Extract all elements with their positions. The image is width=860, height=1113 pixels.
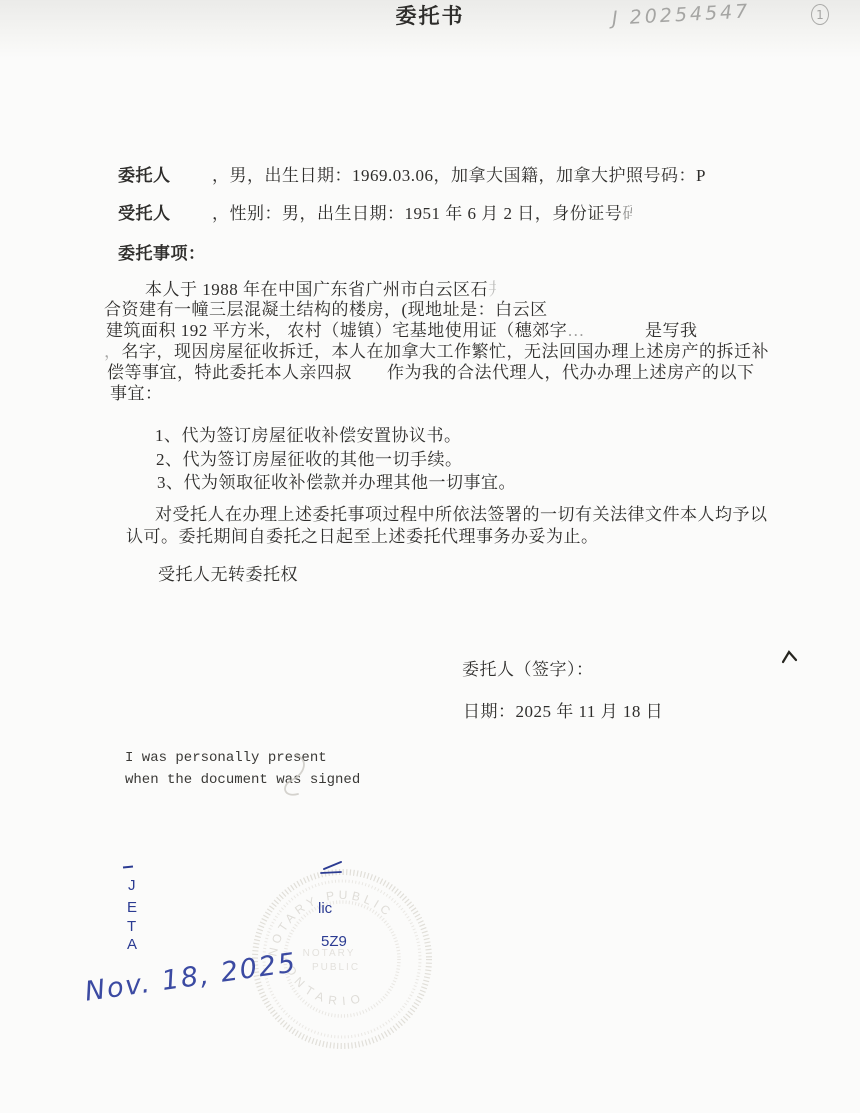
body-line-6: 事宜： [110, 384, 163, 403]
body-line-1-text: 本人于 1988 年在中国广东省广州市白云区石 [145, 280, 488, 299]
ink-fragment-public: lic [318, 900, 332, 917]
ink-fragment-postal: 5Z9 [321, 933, 347, 950]
document-title: 委托书 [0, 0, 860, 30]
principal-info: ，男，出生日期：1969.03.06，加拿大国籍，加拿大护照号码：P [212, 166, 706, 185]
seal-center-text-2: PUBLIC [312, 962, 360, 973]
body-line-5: 偿等事宜，特此委托本人亲四叔作为我的合法代理人，代办办理上述房产的以下 [107, 363, 755, 382]
ink-fragment-line1: J [128, 877, 136, 894]
body-line-3-text: 建筑面积 192 平方米， 农村（墟镇）宅基地使用证（穗郊字 [106, 321, 567, 340]
entrusted-item-3: 3、代为领取征收补偿款并办理其他一切事宜。 [157, 473, 516, 492]
body-line-4-leading-mark: ， [104, 342, 122, 361]
approval-line-2: 认可。委托期间自委托之日起至上述委托代理事务办妥为止。 [126, 527, 599, 546]
ink-fragment-signature-mark [318, 859, 344, 877]
pencil-squiggle-mark [272, 752, 318, 804]
entrusted-item-1: 1、代为签订房屋征收补偿安置协议书。 [155, 426, 462, 445]
body-line-1-partial-char: 井 [488, 280, 496, 299]
signature-label: 委托人（签字）： [462, 660, 594, 679]
matters-heading: 委托事项： [118, 244, 206, 263]
body-line-1: 本人于 1988 年在中国广东省广州市白云区石井 [145, 280, 496, 299]
principal-label: 委托人 [118, 166, 171, 185]
no-subdelegation-line: 受托人无转委托权 [158, 565, 298, 584]
body-line-5-left-text: 偿等事宜，特此委托本人亲四叔 [107, 363, 352, 382]
witness-statement-line-2: when the document was signed [125, 772, 360, 788]
body-line-4-text: 名字，现因房屋征收拆迁，本人在加拿大工作繁忙，无法回国办理上述房产的拆迁补 [122, 342, 770, 361]
ink-fragment-dash [123, 865, 133, 868]
body-line-3-right-text: 是写我 [645, 321, 698, 340]
entrusted-item-2: 2、代为签订房屋征收的其他一切手续。 [156, 450, 463, 469]
body-line-5-right-text: 作为我的合法代理人，代办办理上述房产的以下 [387, 363, 755, 382]
trustee-info: ，性别：男，出生日期：1951 年 6 月 2 日，身份证号码 [212, 204, 632, 223]
trustee-info-text: ，性别：男，出生日期：1951 年 6 月 2 日，身份证号 [212, 204, 622, 223]
ink-fragment-line3: T [127, 918, 136, 935]
ink-fragment-line4: A [127, 936, 137, 953]
trustee-label: 受托人 [118, 204, 171, 223]
signature-date-line: 日期：2025 年 11 月 18 日 [463, 702, 663, 721]
body-line-4: ，名字，现因房屋征收拆迁，本人在加拿大工作繁忙，无法回国办理上述房产的拆迁补 [104, 342, 769, 361]
trustee-info-partial-char: 码 [622, 204, 632, 223]
body-line-3: 建筑面积 192 平方米， 农村（墟镇）宅基地使用证（穗郊字… 是写我 [106, 321, 806, 340]
body-line-3-faded-dots: … [567, 321, 586, 340]
pen-caret-mark [781, 649, 799, 664]
approval-line-1: 对受托人在办理上述委托事项过程中所依法签署的一切有关法律文件本人均予以 [155, 505, 768, 524]
ink-fragment-line2: E [127, 899, 137, 916]
body-line-2: 合资建有一幢三层混凝土结构的楼房，(现地址是：白云区 [104, 300, 548, 319]
scanned-document-page: J 20254547 1 委托书 委托人 ，男，出生日期：1969.03.06，… [0, 0, 860, 1113]
